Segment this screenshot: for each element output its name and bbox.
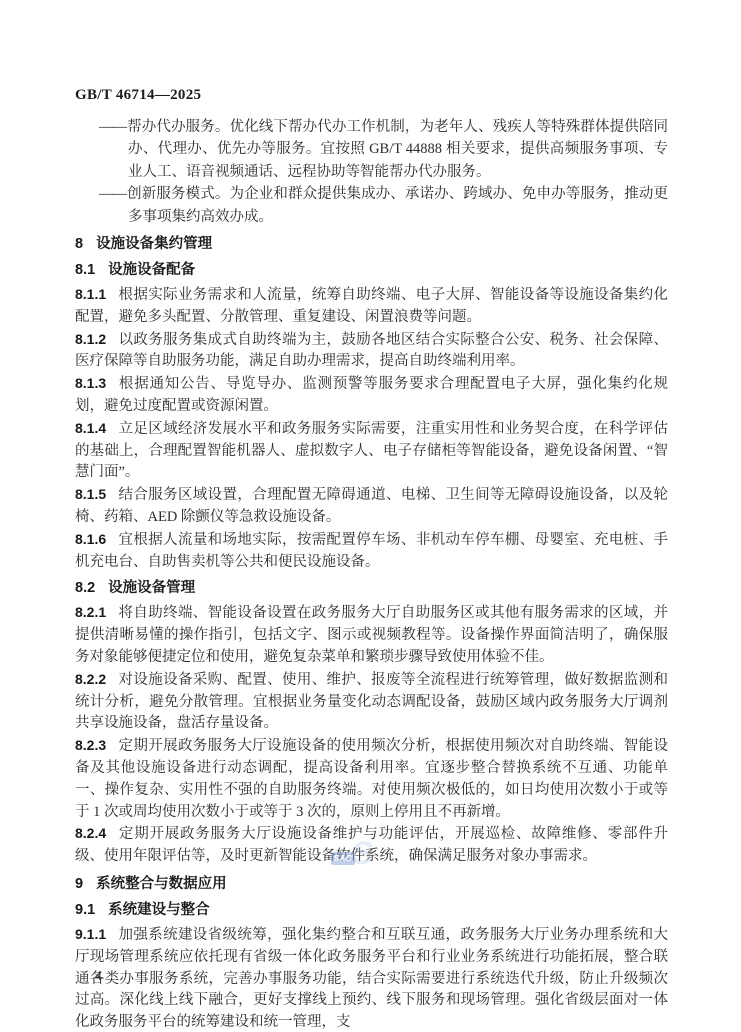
subsection-heading-8-1: 8.1设施设备配备	[75, 259, 668, 281]
clause-9-1-1: 9.1.1加强系统建设省级统筹，强化集约整合和互联互通，政务服务大厅业务办理系统…	[75, 924, 668, 1032]
clause-text: 定期开展政务服务大厅设施设备的使用频次分析，根据使用频次对自助终端、智能设备及其…	[75, 738, 668, 819]
dash-list-item-assisted-service: ——帮办代办服务。优化线下帮办代办工作机制，为老年人、残疾人等特殊群体提供陪同办…	[99, 116, 668, 183]
em-dash: ——	[99, 186, 126, 202]
clause-8-2-2: 8.2.2对设施设备采购、配置、使用、维护、报废等全流程进行统筹管理，做好数据监…	[75, 669, 668, 735]
clause-8-1-4: 8.1.4立足区域经济发展水平和政务服务实际需要，注重实用性和业务契合度，在科学…	[75, 418, 668, 484]
dash-list-item-innovative-service: ——创新服务模式。为企业和群众提供集成办、承诺办、跨域办、免申办等服务，推动更多…	[99, 183, 668, 228]
clause-number: 8.2.2	[75, 671, 106, 687]
clause-text: 对设施设备采购、配置、使用、维护、报废等全流程进行统筹管理，做好数据监测和统计分…	[75, 672, 668, 732]
em-dash: ——	[99, 119, 126, 135]
section-number: 8	[75, 236, 83, 252]
clause-text: 以政务服务集成式自助终端为主，鼓励各地区结合实际整合公安、税务、社会保障、医疗保…	[75, 332, 668, 370]
clause-8-2-4: 8.2.4定期开展政务服务大厅设施设备维护与功能评估，开展巡检、故障维修、零部件…	[75, 823, 668, 868]
clause-8-1-2: 8.1.2以政务服务集成式自助终端为主，鼓励各地区结合实际整合公安、税务、社会保…	[75, 329, 668, 374]
clause-number: 8.2.1	[75, 604, 106, 620]
subsection-title: 系统建设与整合	[108, 902, 210, 918]
section-heading-9: 9系统整合与数据应用	[75, 873, 668, 895]
clause-number: 8.1.5	[75, 486, 106, 502]
clause-number: 8.1.3	[75, 375, 106, 391]
clause-8-1-3: 8.1.3根据通知公告、导览导办、监测预警等服务要求合理配置电子大屏，强化集约化…	[75, 373, 668, 418]
clause-number: 8.2.4	[75, 825, 106, 841]
section-heading-8: 8设施设备集约管理	[75, 233, 668, 255]
clause-text: 将自助终端、智能设备设置在政务服务大厅自助服务区或其他有服务需求的区域，并提供清…	[75, 605, 668, 665]
clause-8-1-6: 8.1.6宜根据人流量和场地实际，按需配置停车场、非机动车停车棚、母婴室、充电桩…	[75, 529, 668, 574]
section-title: 系统整合与数据应用	[96, 876, 227, 892]
subsection-heading-8-2: 8.2设施设备管理	[75, 577, 668, 599]
dash-item-text: 创新服务模式。为企业和群众提供集成办、承诺办、跨域办、免申办等服务，推动更多事项…	[127, 186, 668, 224]
page-number: 4	[95, 968, 102, 984]
subsection-heading-9-1: 9.1系统建设与整合	[75, 899, 668, 921]
clause-text: 宜根据人流量和场地实际，按需配置停车场、非机动车停车棚、母婴室、充电桩、手机充电…	[75, 532, 668, 570]
clause-8-2-3: 8.2.3定期开展政务服务大厅设施设备的使用频次分析，根据使用频次对自助终端、智…	[75, 735, 668, 823]
clause-text: 加强系统建设省级统筹，强化集约整合和互联互通，政务服务大厅业务办理系统和大厅现场…	[75, 927, 668, 1030]
clause-number: 8.2.3	[75, 737, 106, 753]
subsection-number: 8.1	[75, 262, 95, 278]
dash-item-text: 帮办代办服务。优化线下帮办代办工作机制，为老年人、残疾人等特殊群体提供陪同办、代…	[127, 119, 668, 180]
subsection-title: 设施设备配备	[108, 262, 195, 278]
clause-text: 根据通知公告、导览导办、监测预警等服务要求合理配置电子大屏，强化集约化规划，避免…	[75, 376, 668, 414]
clause-number: 8.1.2	[75, 331, 106, 347]
clause-8-1-1: 8.1.1根据实际业务需求和人流量，统筹自助终端、电子大屏、智能设备等设施设备集…	[75, 284, 668, 329]
clause-8-1-5: 8.1.5结合服务区域设置，合理配置无障碍通道、电梯、卫生间等无障碍设施设备，以…	[75, 484, 668, 529]
clause-number: 8.1.6	[75, 531, 106, 547]
clause-text: 结合服务区域设置，合理配置无障碍通道、电梯、卫生间等无障碍设施设备，以及轮椅、药…	[75, 487, 668, 525]
subsection-number: 8.2	[75, 580, 95, 596]
section-number: 9	[75, 876, 83, 892]
doc-code-header: GB/T 46714—2025	[75, 86, 668, 104]
clause-text: 立足区域经济发展水平和政务服务实际需要，注重实用性和业务契合度，在科学评估的基础…	[75, 421, 668, 481]
clause-text: 根据实际业务需求和人流量，统筹自助终端、电子大屏、智能设备等设施设备集约化配置，…	[75, 287, 668, 325]
section-title: 设施设备集约管理	[96, 236, 212, 252]
clause-text: 定期开展政务服务大厅设施设备维护与功能评估，开展巡检、故障维修、零部件升级、使用…	[75, 826, 668, 864]
clause-8-2-1: 8.2.1将自助终端、智能设备设置在政务服务大厅自助服务区或其他有服务需求的区域…	[75, 602, 668, 668]
clause-number: 9.1.1	[75, 926, 106, 942]
subsection-title: 设施设备管理	[108, 580, 195, 596]
clause-number: 8.1.1	[75, 286, 106, 302]
clause-number: 8.1.4	[75, 420, 106, 436]
subsection-number: 9.1	[75, 902, 95, 918]
standard-document-page: GB/T 46714—2025 ——帮办代办服务。优化线下帮办代办工作机制，为老…	[0, 0, 741, 1032]
